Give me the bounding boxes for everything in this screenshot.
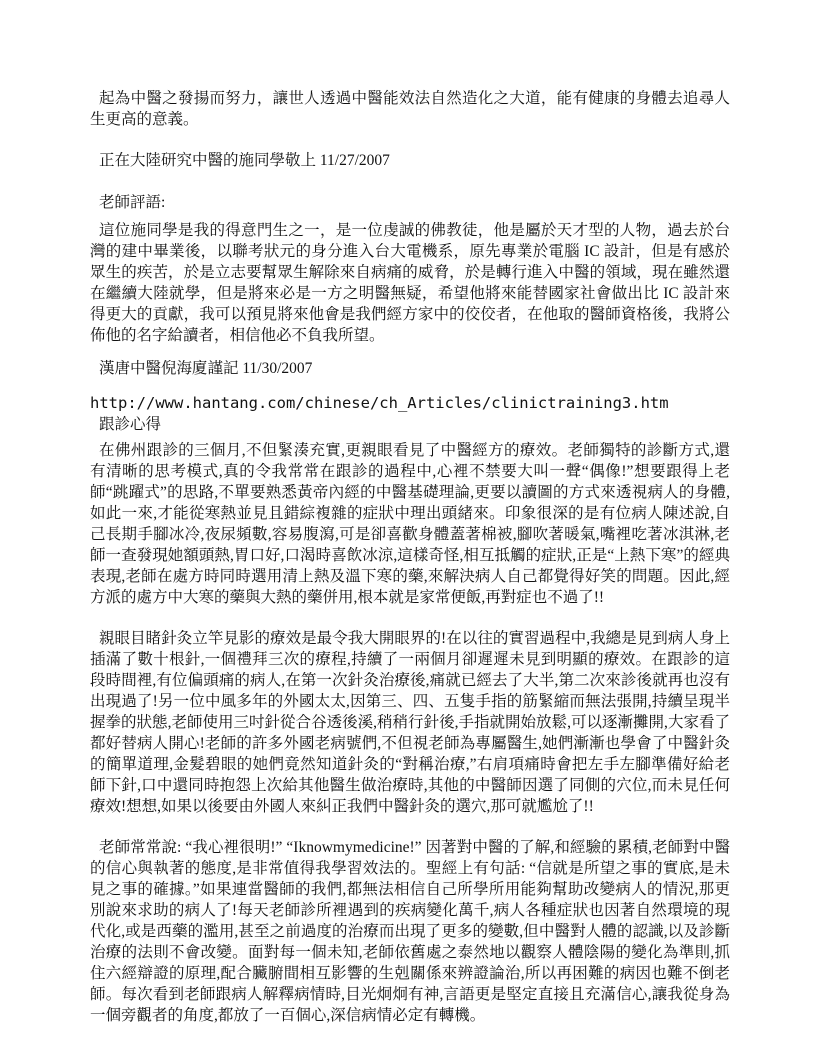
document-page: 起為中醫之發揚而努力，讓世人透過中醫能效法自然造化之大道，能有健康的身體去追尋人…	[0, 0, 816, 1056]
paragraph-continuation: 起為中醫之發揚而努力，讓世人透過中醫能效法自然造化之大道，能有健康的身體去追尋人…	[90, 88, 730, 130]
document-content: 起為中醫之發揚而努力，讓世人透過中醫能效法自然造化之大道，能有健康的身體去追尋人…	[90, 88, 730, 1026]
article-url: http://www.hantang.com/chinese/ch_Articl…	[90, 393, 730, 414]
article-title: 跟診心得	[90, 414, 730, 435]
author-signature: 漢唐中醫倪海廈謹記 11/30/2007	[90, 358, 730, 379]
teacher-comment-label: 老師評語:	[90, 192, 730, 213]
teacher-comment-paragraph: 這位施同學是我的得意門生之一，是一位虔誠的佛教徒，他是屬於天才型的人物，過去於台…	[90, 220, 730, 346]
student-signature: 正在大陸研究中醫的施同學敬上 11/27/2007	[90, 150, 730, 171]
clinic-experience-paragraph-3: 老師常常說: “我心裡很明!” “Iknowmymedicine!” 因著對中醫…	[90, 837, 730, 1026]
clinic-experience-paragraph-1: 在佛州跟診的三個月,不但緊湊充實,更親眼看見了中醫經方的療效。老師獨特的診斷方式…	[90, 440, 730, 608]
clinic-experience-paragraph-2: 親眼目睹針灸立竿見影的療效是最令我大開眼界的!在以往的實習過程中,我總是見到病人…	[90, 628, 730, 817]
